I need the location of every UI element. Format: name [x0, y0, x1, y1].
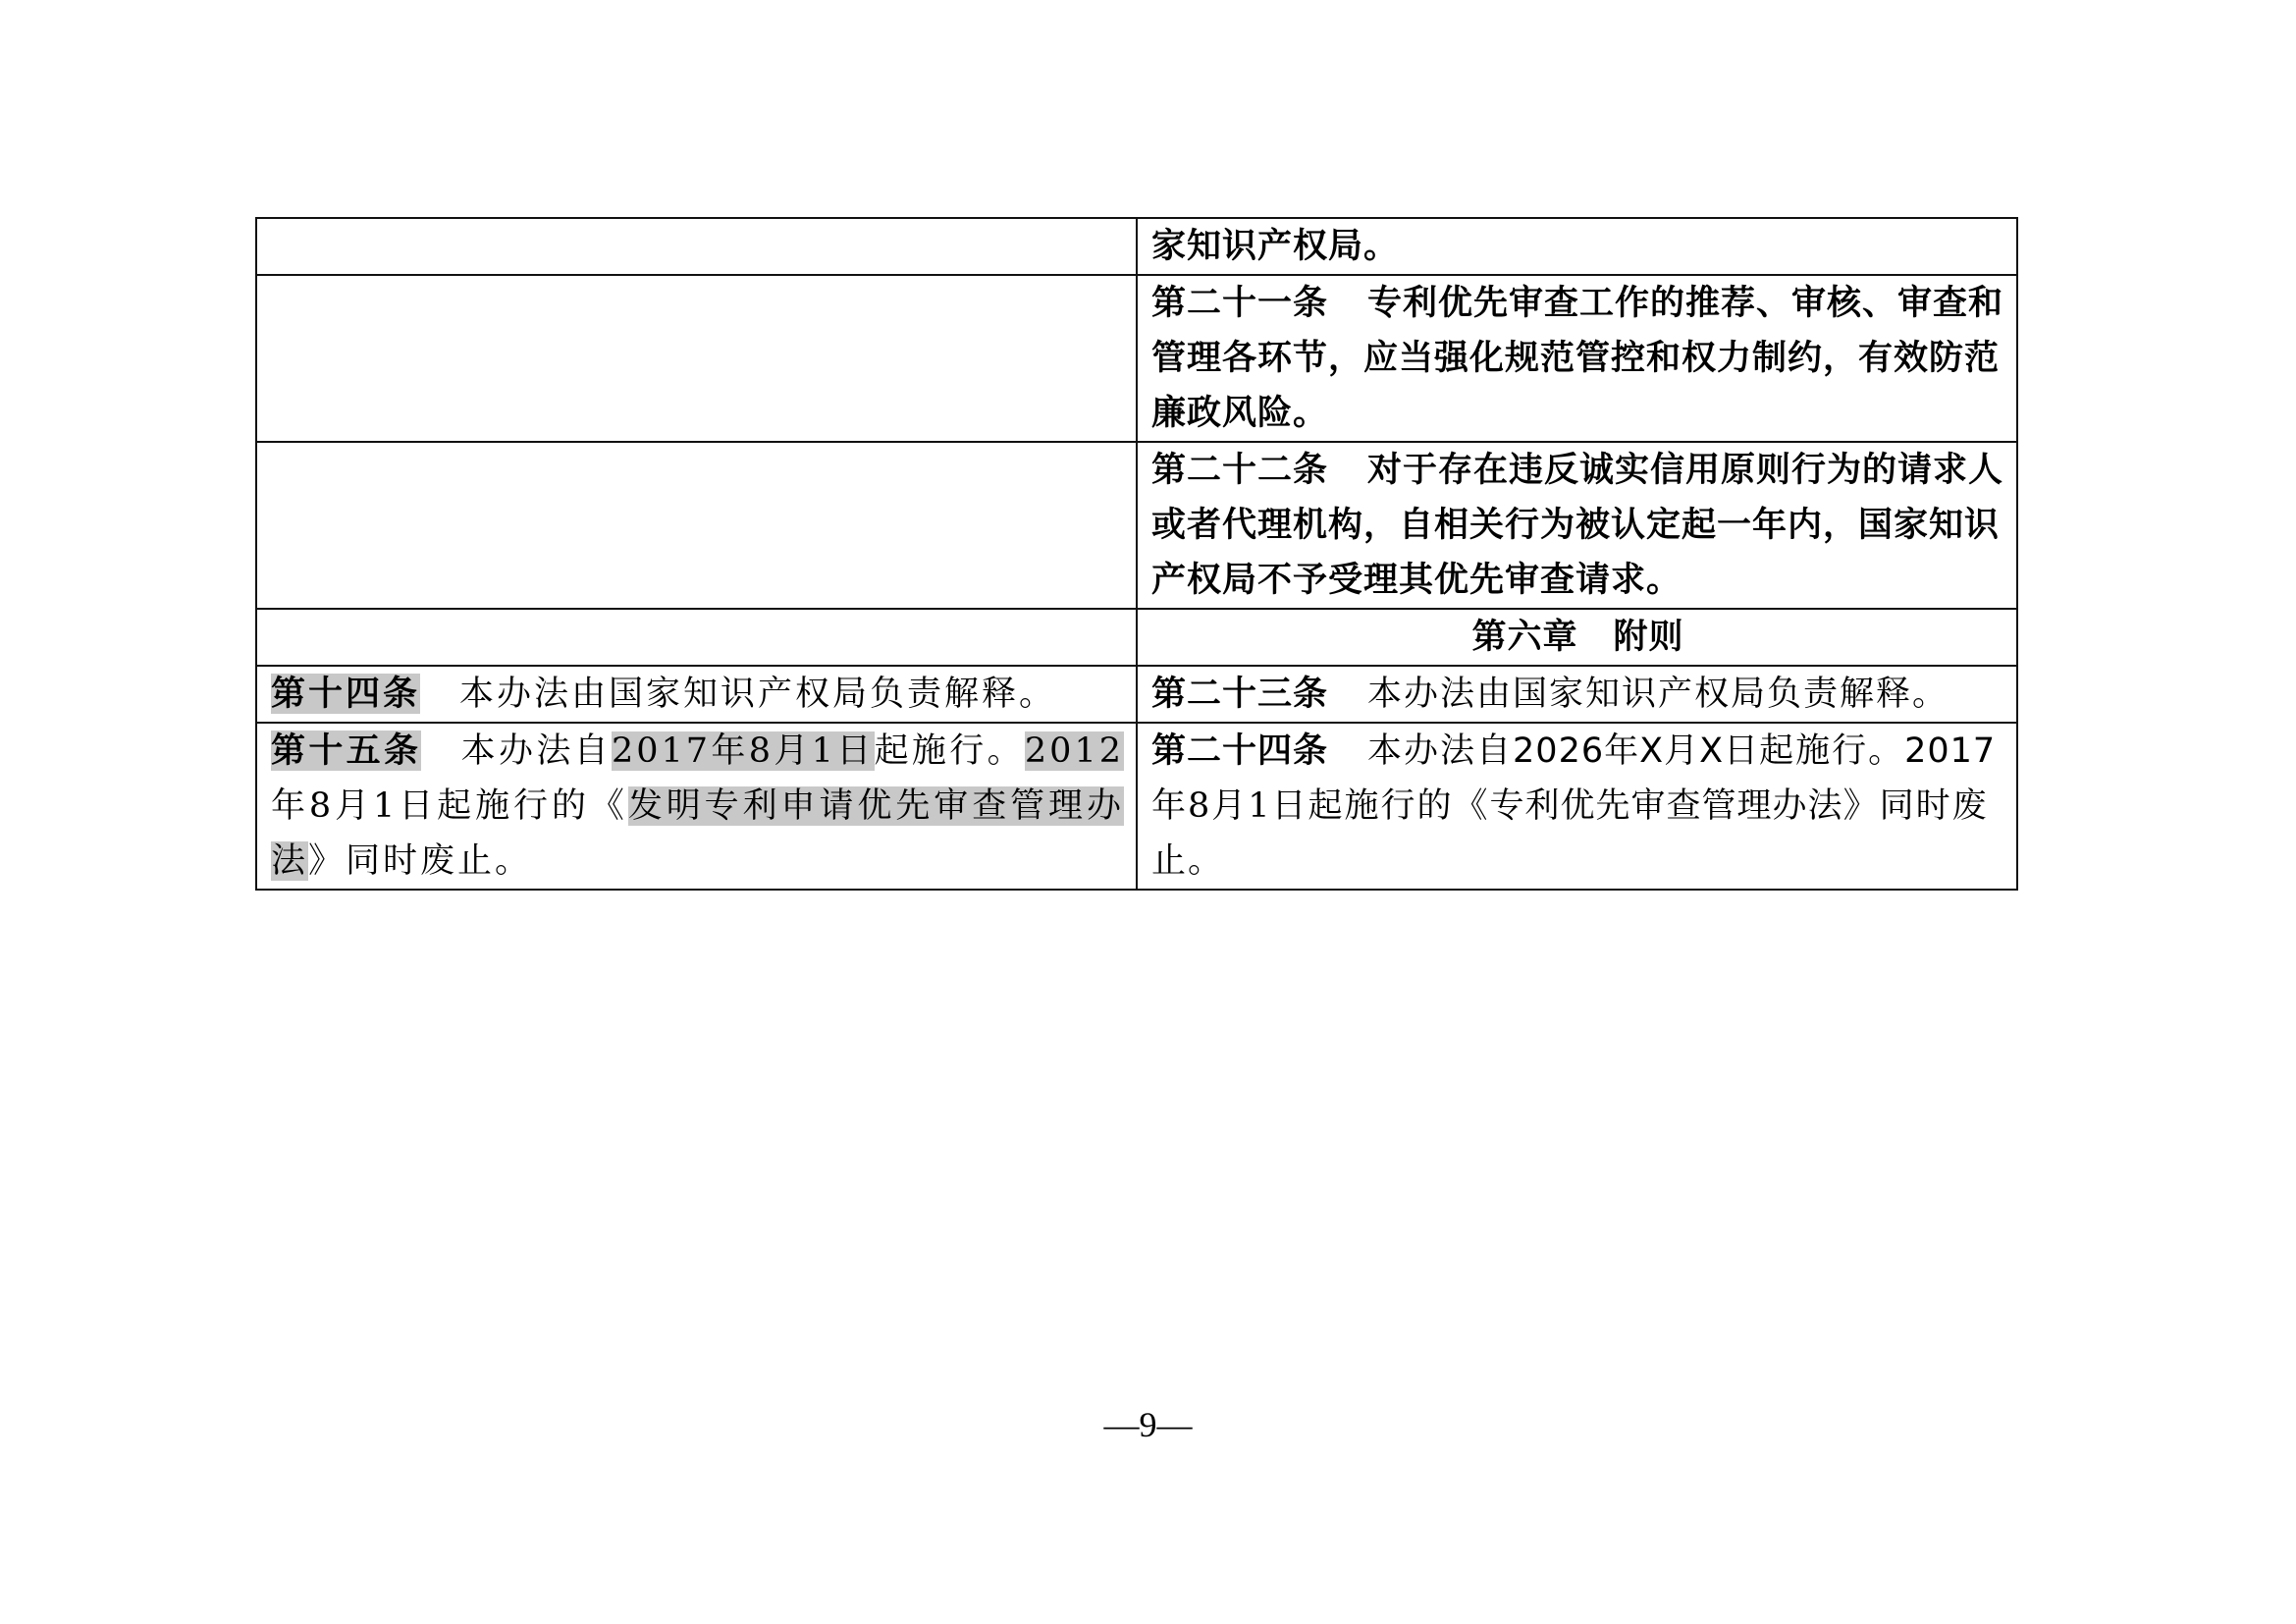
article-text: 》同时废止。: [308, 841, 532, 881]
old-text-cell: 第十四条本办法由国家知识产权局负责解释。: [256, 666, 1137, 723]
table-row: 家知识产权局。: [256, 218, 2017, 275]
article-text: 本办法自: [1367, 731, 1513, 771]
article-label-highlighted: 第十四条: [271, 674, 420, 714]
article-text: 起施行。: [1759, 731, 1904, 771]
new-text-cell: 第二十一条专利优先审查工作的推荐、审核、审查和管理各环节，应当强化规范管控和权力…: [1137, 275, 2017, 442]
comparison-table: 家知识产权局。 第二十一条专利优先审查工作的推荐、审核、审查和管理各环节，应当强…: [255, 217, 2018, 891]
new-text-cell: 第二十四条本办法自2026年X月X日起施行。2017年8月1日起施行的《专利优先…: [1137, 723, 2017, 890]
article-label: 第二十四条: [1151, 731, 1328, 771]
article-text: 年8月1日起施行的《: [271, 786, 628, 826]
article-text: 本办法由国家知识产权局负责解释。: [1367, 675, 1949, 714]
article-label: 第二十二条: [1151, 451, 1328, 490]
old-text-cell: 第十五条本办法自2017年8月1日起施行。2012年8月1日起施行的《发明专利申…: [256, 723, 1137, 890]
page-number: —9—: [0, 1404, 2296, 1445]
table-row: 第十四条本办法由国家知识产权局负责解释。 第二十三条本办法由国家知识产权局负责解…: [256, 666, 2017, 723]
article-text: 起施行。: [875, 731, 1025, 771]
new-text-cell: 第二十三条本办法由国家知识产权局负责解释。: [1137, 666, 2017, 723]
new-text-cell: 家知识产权局。: [1137, 218, 2017, 275]
old-text-cell: [256, 218, 1137, 275]
article-text: 本办法由国家知识产权局负责解释。: [459, 675, 1056, 714]
table-row: 第十五条本办法自2017年8月1日起施行。2012年8月1日起施行的《发明专利申…: [256, 723, 2017, 890]
new-effective-date: 2026年X月X日: [1513, 731, 1759, 771]
old-text-cell: [256, 609, 1137, 666]
old-year-highlighted: 2012: [1025, 731, 1124, 771]
article-label-highlighted: 第十五条: [271, 731, 421, 771]
continuation-text: 家知识产权局。: [1151, 227, 1399, 266]
new-year: 2017: [1904, 731, 1996, 771]
old-text-cell: [256, 442, 1137, 609]
new-text-cell: 第二十二条对于存在违反诚实信用原则行为的请求人或者代理机构，自相关行为被认定起一…: [1137, 442, 2017, 609]
new-title: 专利优先审查管理办法: [1490, 786, 1843, 826]
article-label: 第二十一条: [1151, 284, 1328, 323]
article-label: 第二十三条: [1151, 675, 1328, 714]
old-effective-date-highlighted: 2017年8月1日: [612, 731, 875, 771]
article-text: 本办法自: [460, 731, 612, 771]
document-page: 家知识产权局。 第二十一条专利优先审查工作的推荐、审核、审查和管理各环节，应当强…: [0, 0, 2296, 1624]
article-text: 年8月1日起施行的《: [1151, 786, 1490, 826]
new-text-cell: 第六章 附则: [1137, 609, 2017, 666]
table-row: 第二十一条专利优先审查工作的推荐、审核、审查和管理各环节，应当强化规范管控和权力…: [256, 275, 2017, 442]
table-row: 第六章 附则: [256, 609, 2017, 666]
table-row: 第二十二条对于存在违反诚实信用原则行为的请求人或者代理机构，自相关行为被认定起一…: [256, 442, 2017, 609]
chapter-heading: 第六章 附则: [1471, 618, 1683, 657]
old-text-cell: [256, 275, 1137, 442]
